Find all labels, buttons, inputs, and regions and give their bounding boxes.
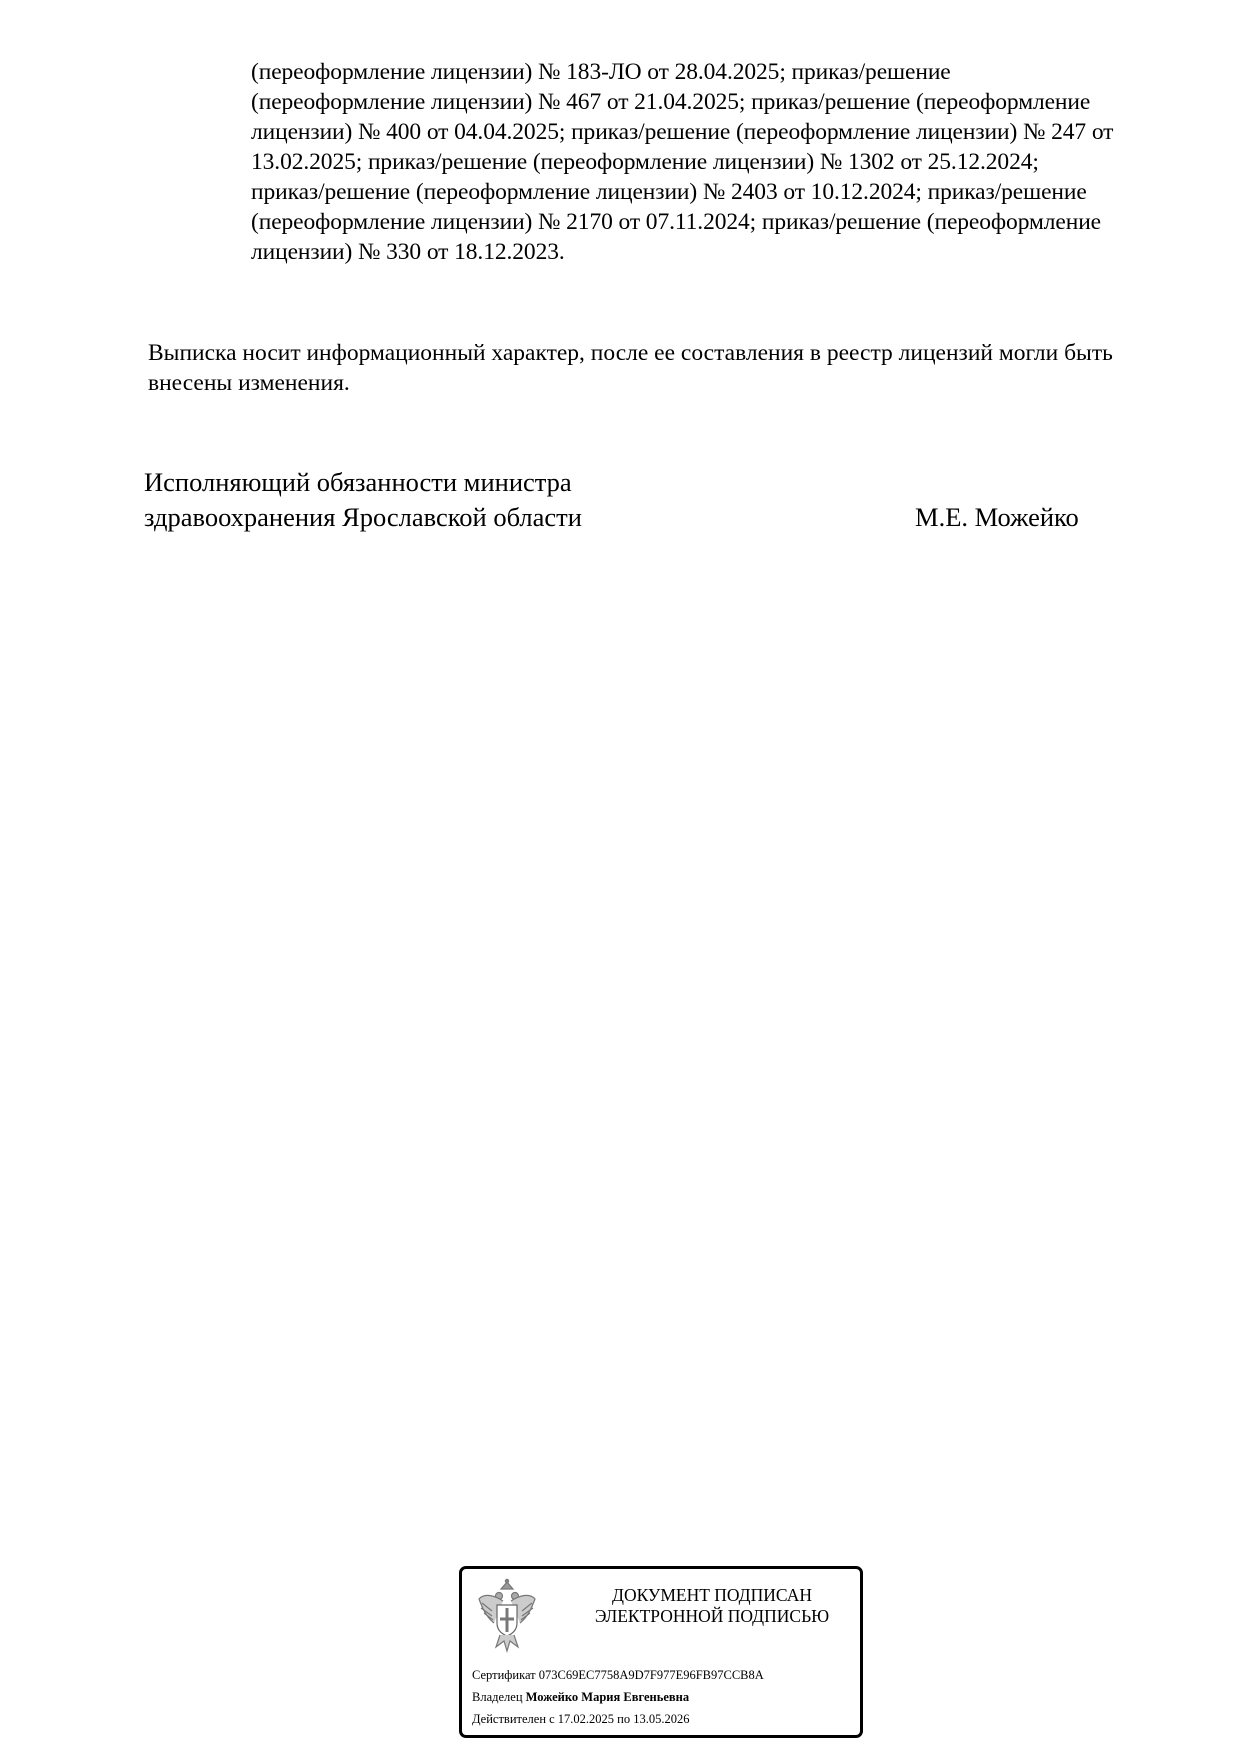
text-line: ДОКУМЕНТ ПОДПИСАН [562,1585,862,1606]
owner-value: Можейко Мария Евгеньевна [526,1690,689,1704]
coat-of-arms-icon [476,1577,538,1653]
stamp-title: ДОКУМЕНТ ПОДПИСАН ЭЛЕКТРОННОЙ ПОДПИСЬЮ [562,1585,862,1627]
certificate-value: 073C69EC7758A9D7F977E96FB97CCB8A [539,1668,764,1682]
owner-line: Владелец Можейко Мария Евгеньевна [472,1686,764,1708]
validity-line: Действителен с 17.02.2025 по 13.05.2026 [472,1708,764,1730]
text-line: 13.02.2025; приказ/решение (переоформлен… [251,147,1191,177]
text-line: лицензии) № 400 от 04.04.2025; приказ/ре… [251,117,1191,147]
text-line: здравоохранения Ярославской области [144,500,582,535]
text-line: внесены изменения. [148,368,1188,398]
informational-notice: Выписка носит информационный характер, п… [148,338,1188,398]
text-line: (переоформление лицензии) № 183-ЛО от 28… [251,57,1191,87]
text-line: (переоформление лицензии) № 467 от 21.04… [251,87,1191,117]
signer-position: Исполняющий обязанности министра здравоо… [144,465,582,535]
certificate-info: Сертификат 073C69EC7758A9D7F977E96FB97CC… [472,1664,764,1730]
license-history-paragraph: (переоформление лицензии) № 183-ЛО от 28… [251,57,1191,267]
certificate-label: Сертификат [472,1668,536,1682]
text-line: приказ/решение (переоформление лицензии)… [251,177,1191,207]
certificate-line: Сертификат 073C69EC7758A9D7F977E96FB97CC… [472,1664,764,1686]
owner-label: Владелец [472,1690,523,1704]
text-line: Выписка носит информационный характер, п… [148,338,1188,368]
text-line: (переоформление лицензии) № 2170 от 07.1… [251,207,1191,237]
text-line: ЭЛЕКТРОННОЙ ПОДПИСЬЮ [562,1606,862,1627]
electronic-signature-stamp: ДОКУМЕНТ ПОДПИСАН ЭЛЕКТРОННОЙ ПОДПИСЬЮ С… [459,1566,863,1738]
text-line: Исполняющий обязанности министра [144,465,582,500]
signer-name: М.Е. Можейко [915,500,1079,535]
text-line: лицензии) № 330 от 18.12.2023. [251,237,1191,267]
